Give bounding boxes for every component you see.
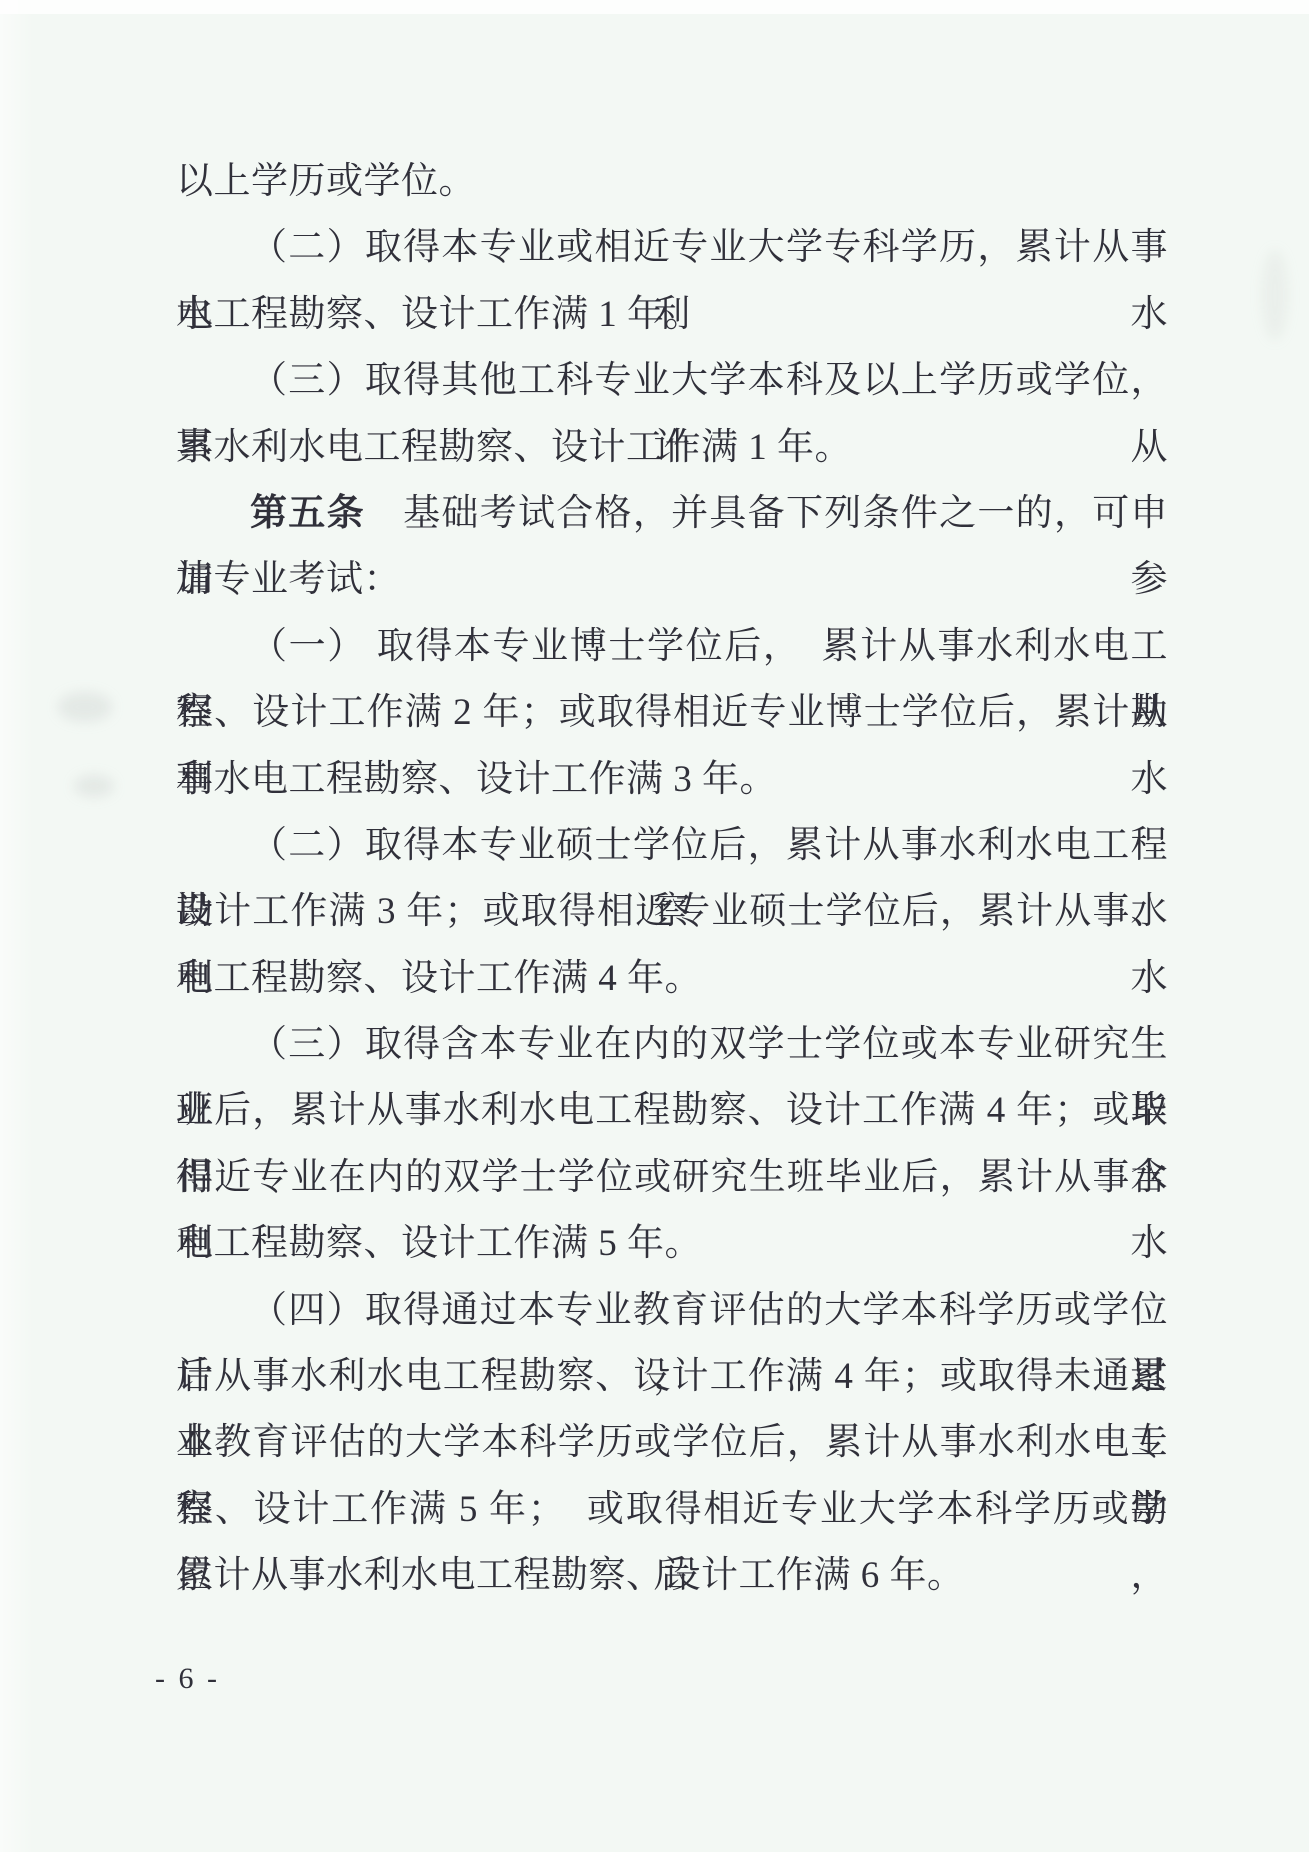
text-line: （三）取得含本专业在内的双学士学位或本专业研究生班毕	[176, 1012, 1168, 1078]
text-line: 设计工作满 3 年；或取得相近专业硕士学位后，累计从事水利水	[176, 879, 1168, 945]
text-line: 以上学历或学位。	[176, 149, 1168, 215]
article-heading: 第五条	[250, 493, 365, 534]
text-line: 计从事水利水电工程勘察、设计工作满 4 年；或取得未通过本专	[176, 1344, 1168, 1410]
text-line: 察、设计工作满 2 年；或取得相近专业博士学位后，累计从事水	[176, 680, 1168, 746]
text-line: 业后，累计从事水利水电工程勘察、设计工作满 4 年；或取得含	[176, 1078, 1168, 1144]
scan-edge-top	[0, 0, 1309, 14]
text-line: （二）取得本专业硕士学位后，累计从事水利水电工程勘察、	[176, 813, 1168, 879]
document-page: 以上学历或学位。（二）取得本专业或相近专业大学专科学历，累计从事水利水电工程勘察…	[0, 0, 1309, 1852]
scan-smudge	[74, 775, 114, 797]
text-line: 业教育评估的大学本科学历或学位后，累计从事水利水电工程勘	[176, 1410, 1168, 1476]
scan-smudge	[58, 692, 112, 722]
text-line: （二）取得本专业或相近专业大学专科学历，累计从事水利水	[176, 215, 1168, 281]
scan-smudge	[1262, 250, 1288, 340]
text-line: （四）取得通过本专业教育评估的大学本科学历或学位后，累	[176, 1278, 1168, 1344]
text-line: 察、设计工作满 5 年； 或取得相近专业大学本科学历或学位后，	[176, 1477, 1168, 1543]
text-line: （一） 取得本专业博士学位后， 累计从事水利水电工程勘	[176, 614, 1168, 680]
text-line: （三）取得其他工科专业大学本科及以上学历或学位，累计从	[176, 348, 1168, 414]
text-line: 相近专业在内的双学士学位或研究生班毕业后，累计从事水利水	[176, 1145, 1168, 1211]
page-number: - 6 -	[155, 1662, 220, 1696]
scan-edge-left	[0, 0, 34, 1852]
text-line: 第五条 基础考试合格，并具备下列条件之一的，可申请参	[176, 481, 1168, 547]
document-body: 以上学历或学位。（二）取得本专业或相近专业大学专科学历，累计从事水利水电工程勘察…	[176, 149, 1168, 1610]
